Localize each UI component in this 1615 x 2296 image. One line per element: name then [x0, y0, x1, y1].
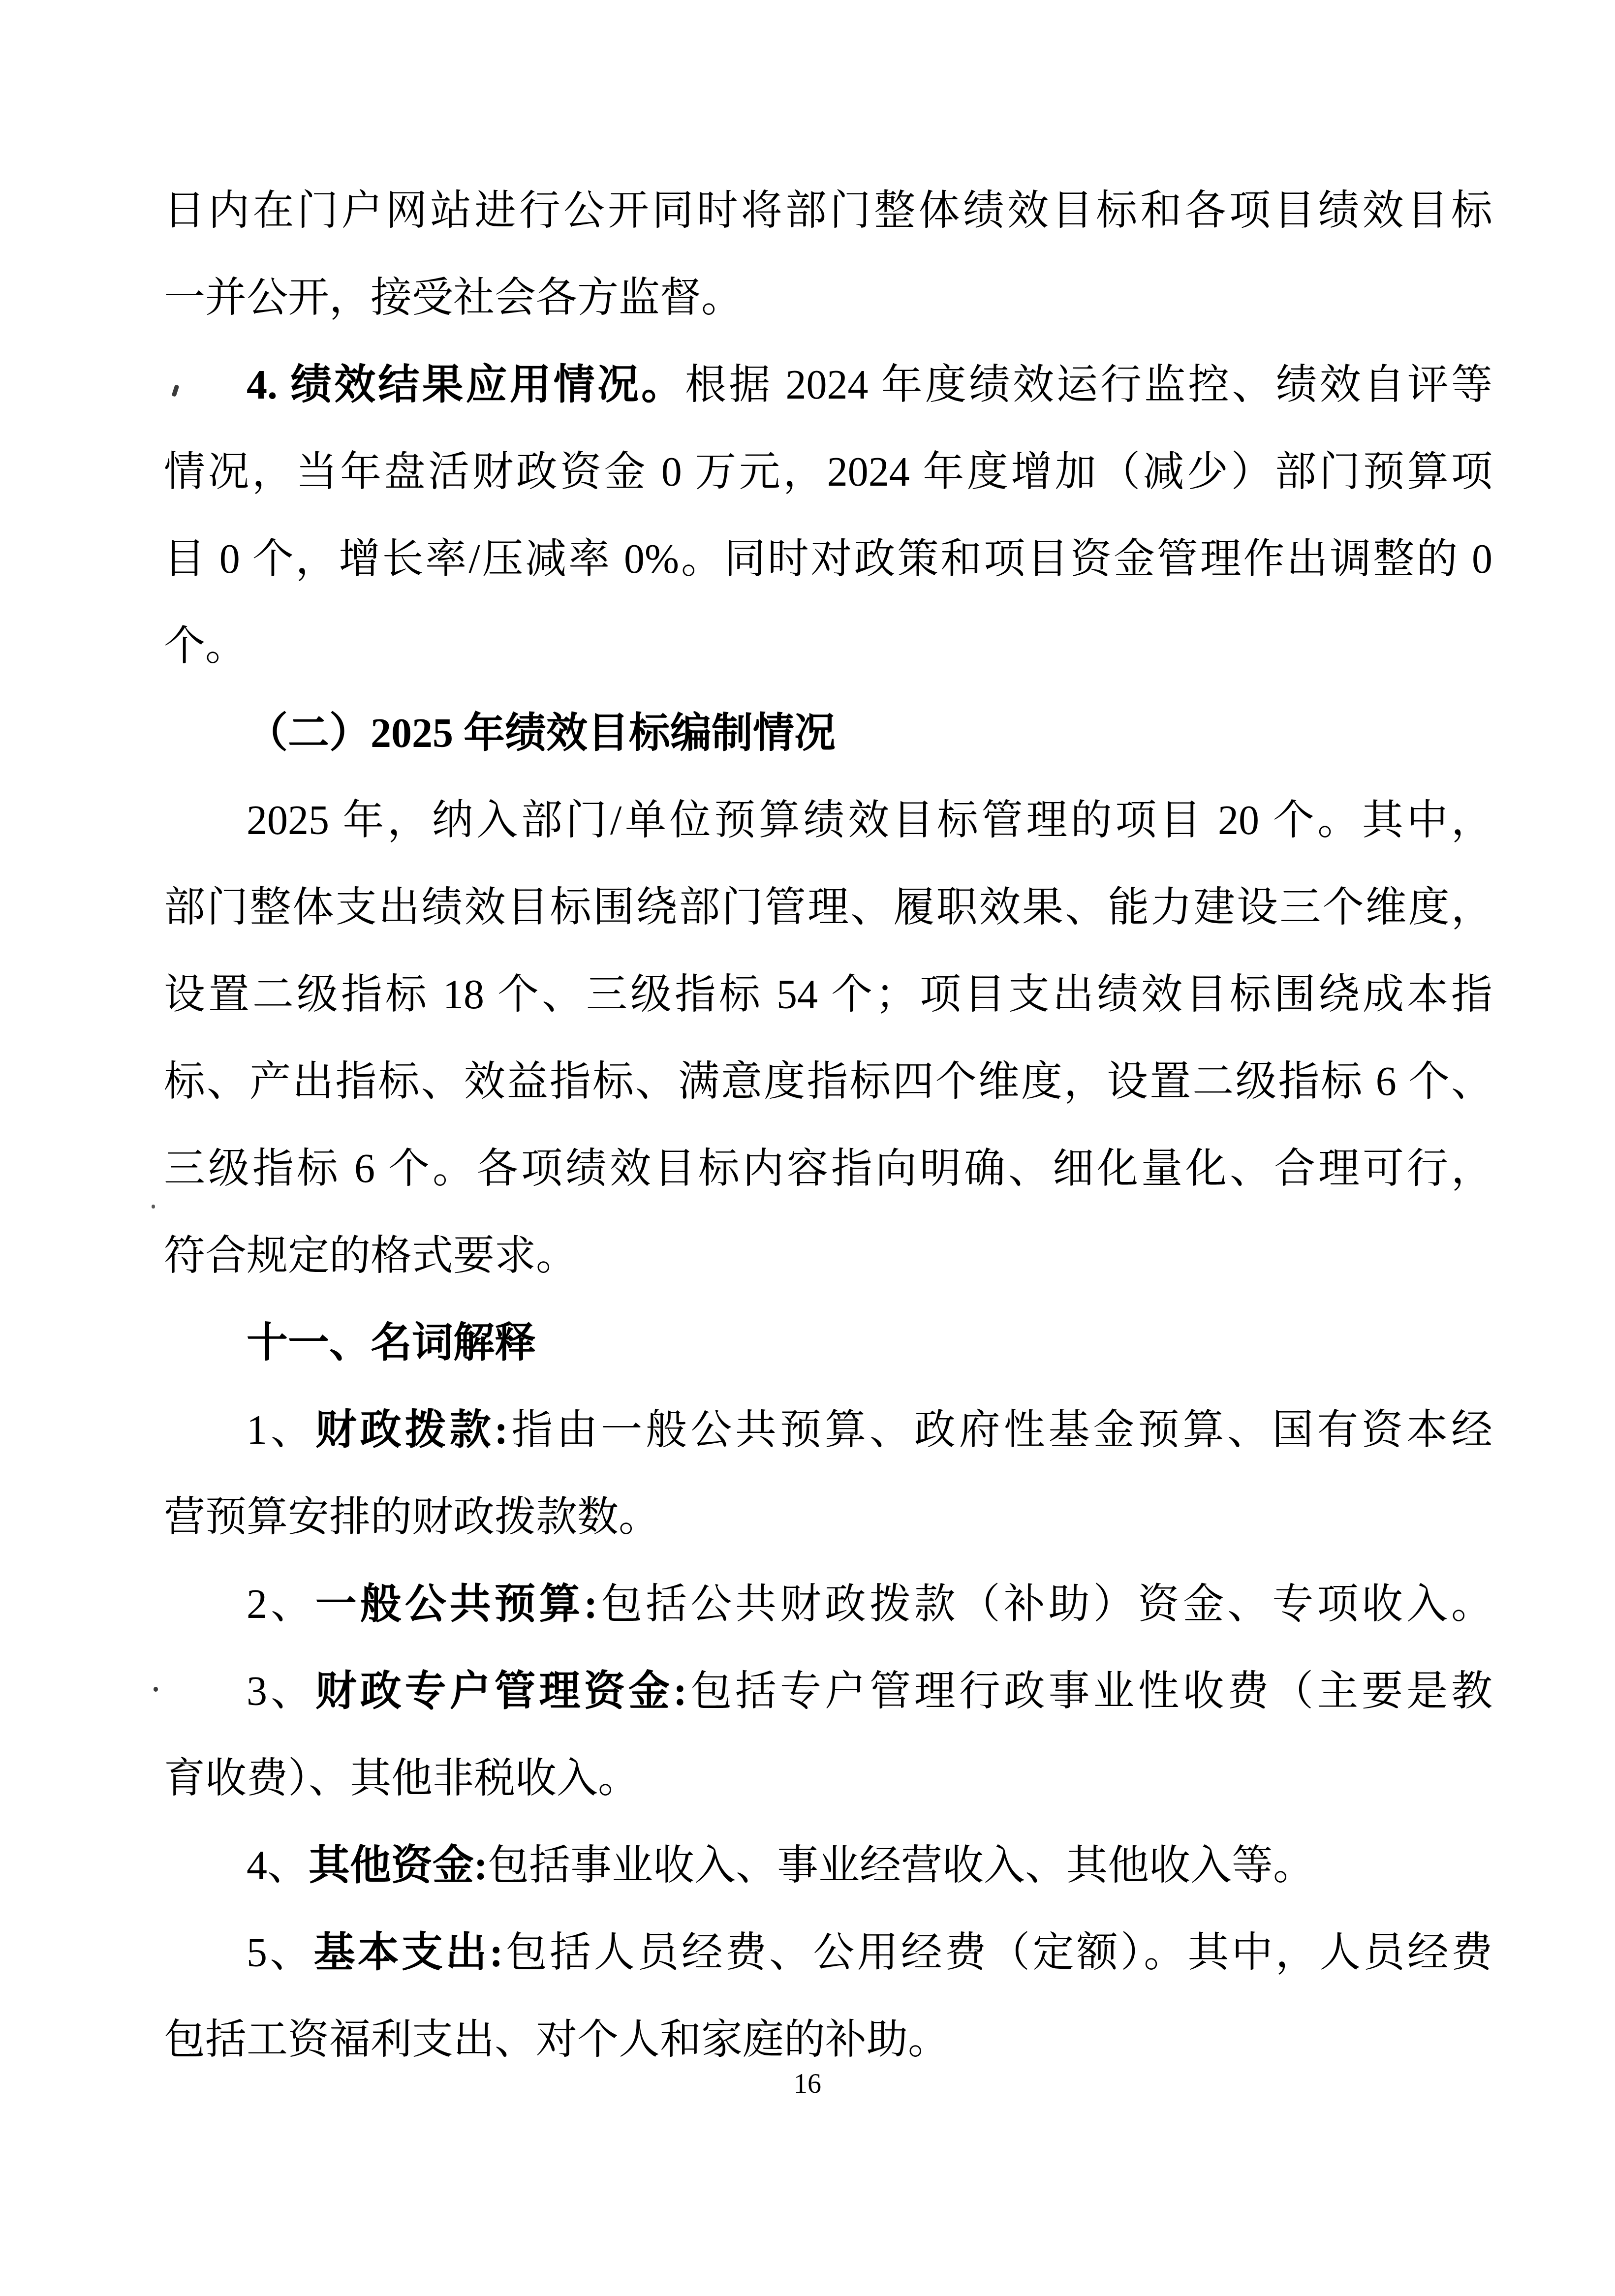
bold-text-segment: 基本支出:	[313, 1930, 503, 1976]
text-segment: 2025 年，纳入部门/单位预算绩效目标管理的项目 20 个。其中，	[247, 798, 1492, 843]
text-segment: 符合规定的格式要求。	[164, 1233, 577, 1279]
text-line: 4、其他资金:包括事业收入、事业经营收入、其他收入等。	[164, 1822, 1492, 1909]
bold-text-segment: 一般公共预算:	[315, 1582, 598, 1627]
text-segment: 包括人员经费、公用经费（定额）。其中，人员经费	[503, 1930, 1492, 1976]
text-segment: 育收费）、其他非税收入。	[164, 1756, 639, 1801]
text-segment: 标、产出指标、效益指标、满意度指标四个维度，设置二级指标 6 个、	[164, 1059, 1492, 1105]
text-segment: 1、	[247, 1407, 315, 1453]
text-segment: 2、	[247, 1582, 315, 1627]
text-line: 2、一般公共预算:包括公共财政拨款（补助）资金、专项收入。	[164, 1561, 1492, 1648]
scan-artifact	[154, 1687, 158, 1692]
text-line: 情况，当年盘活财政资金 0 万元，2024 年度增加（减少）部门预算项	[164, 429, 1492, 516]
text-segment: 根据 2024 年度绩效运行监控、绩效自评等	[685, 362, 1492, 408]
text-segment: 3、	[247, 1669, 315, 1714]
text-line: 营预算安排的财政拨款数。	[164, 1474, 1492, 1561]
scan-artifact	[152, 1205, 155, 1209]
text-segment: 三级指标 6 个。各项绩效目标内容指向明确、细化量化、合理可行，	[164, 1146, 1492, 1192]
text-segment: 5、	[247, 1930, 313, 1976]
text-line: 部门整体支出绩效目标围绕部门管理、履职效果、能力建设三个维度，	[164, 864, 1492, 951]
bold-text-segment: 财政拨款:	[315, 1407, 508, 1453]
text-segment: 日内在门户网站进行公开同时将部门整体绩效目标和各项目绩效目标	[164, 188, 1492, 234]
bold-text-segment: 4. 绩效结果应用情况。	[247, 362, 685, 408]
text-segment: 目 0 个，增长率/压减率 0%。同时对政策和项目资金管理作出调整的 0	[164, 536, 1492, 582]
text-line: 标、产出指标、效益指标、满意度指标四个维度，设置二级指标 6 个、	[164, 1038, 1492, 1125]
document-page: 日内在门户网站进行公开同时将部门整体绩效目标和各项目绩效目标一并公开，接受社会各…	[0, 0, 1615, 2296]
page-number: 16	[0, 2069, 1615, 2099]
bold-text-segment: 财政专户管理资金:	[315, 1669, 687, 1714]
text-line: 三级指标 6 个。各项绩效目标内容指向明确、细化量化、合理可行，	[164, 1125, 1492, 1212]
bold-text-segment: 其他资金:	[309, 1843, 488, 1889]
bold-text-segment: （二）2025 年绩效目标编制情况	[247, 711, 836, 756]
document-body: 日内在门户网站进行公开同时将部门整体绩效目标和各项目绩效目标一并公开，接受社会各…	[164, 167, 1492, 2083]
text-segment: 包括专户管理行政事业性收费（主要是教	[687, 1669, 1492, 1714]
text-line: 设置二级指标 18 个、三级指标 54 个；项目支出绩效目标围绕成本指	[164, 951, 1492, 1038]
text-segment: 个。	[164, 623, 247, 669]
text-segment: 部门整体支出绩效目标围绕部门管理、履职效果、能力建设三个维度，	[164, 885, 1492, 931]
text-line: （二）2025 年绩效目标编制情况	[164, 690, 1492, 777]
text-line: 十一、名词解释	[164, 1300, 1492, 1387]
text-line: 5、基本支出:包括人员经费、公用经费（定额）。其中，人员经费	[164, 1909, 1492, 1996]
text-segment: 4、	[247, 1843, 309, 1889]
text-line: 个。	[164, 603, 1492, 690]
text-segment: 情况，当年盘活财政资金 0 万元，2024 年度增加（减少）部门预算项	[164, 449, 1492, 495]
text-line: 日内在门户网站进行公开同时将部门整体绩效目标和各项目绩效目标	[164, 167, 1492, 254]
text-line: 1、财政拨款:指由一般公共预算、政府性基金预算、国有资本经	[164, 1387, 1492, 1474]
text-segment: 一并公开，接受社会各方监督。	[164, 275, 743, 321]
text-segment: 指由一般公共预算、政府性基金预算、国有资本经	[508, 1407, 1492, 1453]
text-segment: 营预算安排的财政拨款数。	[164, 1494, 660, 1540]
bold-text-segment: 十一、名词解释	[247, 1320, 536, 1366]
text-line: 4. 绩效结果应用情况。根据 2024 年度绩效运行监控、绩效自评等	[164, 341, 1492, 429]
text-segment: 设置二级指标 18 个、三级指标 54 个；项目支出绩效目标围绕成本指	[164, 972, 1492, 1018]
text-segment: 包括工资福利支出、对个人和家庭的补助。	[164, 2017, 949, 2063]
text-line: 育收费）、其他非税收入。	[164, 1735, 1492, 1822]
text-line: 目 0 个，增长率/压减率 0%。同时对政策和项目资金管理作出调整的 0	[164, 516, 1492, 603]
text-line: 符合规定的格式要求。	[164, 1212, 1492, 1300]
text-segment: 包括公共财政拨款（补助）资金、专项收入。	[597, 1582, 1492, 1627]
text-line: 3、财政专户管理资金:包括专户管理行政事业性收费（主要是教	[164, 1648, 1492, 1735]
text-line: 2025 年，纳入部门/单位预算绩效目标管理的项目 20 个。其中，	[164, 777, 1492, 864]
text-segment: 包括事业收入、事业经营收入、其他收入等。	[488, 1843, 1314, 1889]
text-line: 一并公开，接受社会各方监督。	[164, 254, 1492, 341]
